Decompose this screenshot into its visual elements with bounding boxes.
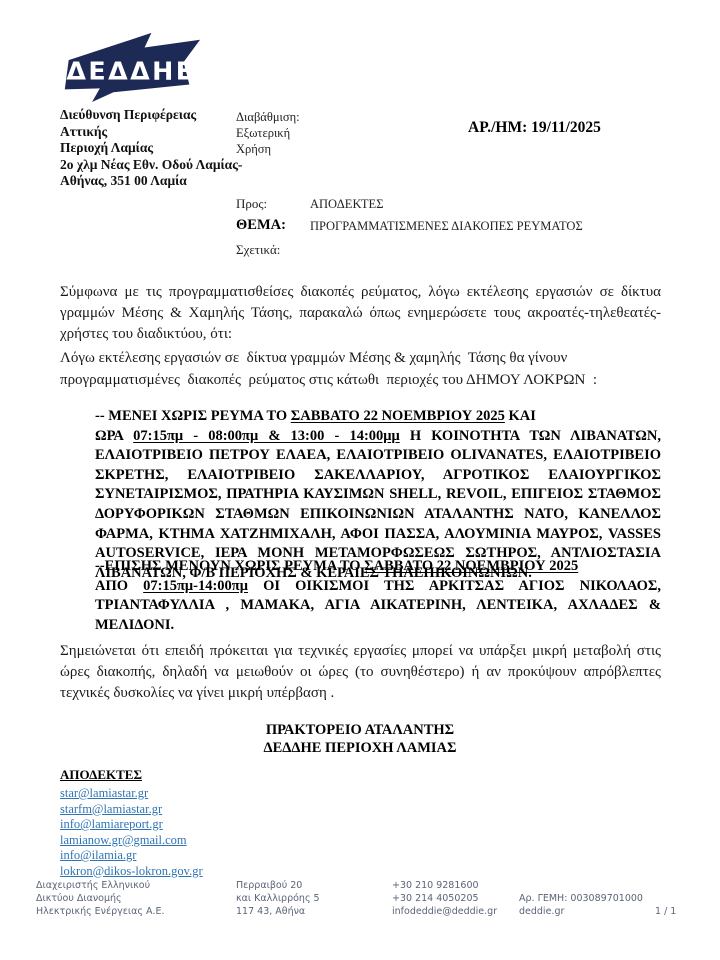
department-address: Διεύθυνση Περιφέρειας Αττικής Περιοχή Λα… xyxy=(60,107,245,190)
signature-block: ΠΡΑΚΤΟΡΕΙΟ ΑΤΑΛΑΝΤΗΣ ΔΕΔΔΗΕ ΠΕΡΙΟΧΗ ΛΑΜΙ… xyxy=(0,722,720,757)
footer-registry-number: Αρ. ΓΕΜΗ: 003089701000 xyxy=(519,892,643,905)
logo-text: ΔΕΔΔΗΕ xyxy=(66,57,195,86)
footer-registry: Αρ. ΓΕΜΗ: 003089701000 deddie.gr xyxy=(519,892,643,918)
related-label: Σχετικά: xyxy=(236,242,280,258)
footer-company-line: Δικτύου Διανομής xyxy=(36,892,165,905)
footer-address-line: 117 43, Αθήνα xyxy=(236,905,320,918)
department-line: Διεύθυνση Περιφέρειας xyxy=(60,107,245,124)
recipient-email-link[interactable]: lokron@dikos-lokron.gov.gr xyxy=(60,864,203,880)
to-label: Προς: xyxy=(236,196,267,212)
outage2-intro: --ΕΠΙΣΗΣ ΜΕΝΟΥΝ ΧΩΡΙΣ ΡΕΥΜΑ ΤΟ xyxy=(95,558,364,574)
recipient-email-link[interactable]: lamianow.gr@gmail.com xyxy=(60,833,203,849)
footer-company-line: Ηλεκτρικής Ενέργειας Α.Ε. xyxy=(36,905,165,918)
outage1-hours: 07:15πμ - 08:00πμ & 13:00 - 14:00μμ xyxy=(133,428,400,444)
department-line: Περιοχή Λαμίας xyxy=(60,140,245,157)
reason-paragraph: Λόγω εκτέλεσης εργασιών σε δίκτυα γραμμώ… xyxy=(60,348,661,391)
recipient-email-link[interactable]: star@lamiastar.gr xyxy=(60,786,203,802)
classification-line: Εξωτερική xyxy=(236,125,356,141)
reason-line: προγραμματισμένες διακοπές ρεύματος στις… xyxy=(60,370,661,392)
recipient-email-link[interactable]: info@lamiareport.gr xyxy=(60,817,203,833)
classification-block: Διαβάθμιση: Εξωτερική Χρήση xyxy=(236,109,356,157)
page-number: 1 / 1 xyxy=(655,905,676,918)
document-page: ΔΕΔΔΗΕ Διεύθυνση Περιφέρειας Αττικής Περ… xyxy=(0,0,720,960)
intro-paragraph: Σύμφωνα με τις προγραμματισθείσες διακοπ… xyxy=(60,282,661,345)
deddie-logo: ΔΕΔΔΗΕ xyxy=(57,27,203,105)
outage1-intro: -- ΜΕΝΕΙ ΧΩΡΙΣ ΡΕΥΜΑ ΤΟ xyxy=(95,408,291,424)
outage1-hours-label: ΩΡΑ xyxy=(95,428,133,444)
signature-region: ΔΕΔΔΗΕ ΠΕΡΙΟΧΗ ΛΑΜΙΑΣ xyxy=(0,740,720,758)
recipients-heading: ΑΠΟΔΕΚΤΕΣ xyxy=(60,767,142,783)
footer-email: infodeddie@deddie.gr xyxy=(392,905,497,918)
signature-agency: ΠΡΑΚΤΟΡΕΙΟ ΑΤΑΛΑΝΤΗΣ xyxy=(0,722,720,740)
footer-address-line: και Καλλιρρόης 5 xyxy=(236,892,320,905)
department-line: Αττικής xyxy=(60,124,245,141)
note-paragraph: Σημειώνεται ότι επειδή πρόκειται για τεχ… xyxy=(60,641,661,704)
outage1-date: ΣΑΒΒΑΤΟ 22 ΝΟΕΜΒΡΙΟΥ 2025 xyxy=(291,408,505,424)
department-line: Αθήνας, 351 00 Λαμία xyxy=(60,173,245,190)
recipient-email-link[interactable]: starfm@lamiastar.gr xyxy=(60,802,203,818)
ref-number: ΑΡ./ΗΜ: 19/11/2025 xyxy=(468,119,601,137)
classification-line: Διαβάθμιση: xyxy=(236,109,356,125)
department-line: 2ο χλμ Νέας Εθν. Οδού Λαμίας- xyxy=(60,157,245,174)
footer-address: Περραιβού 20 και Καλλιρρόης 5 117 43, Αθ… xyxy=(236,879,320,918)
outage2-date: ΣΑΒΒΑΤΟ 22 ΝΟΕΜΒΡΙΟΥ 2025 xyxy=(364,558,578,574)
subject-value: ΠΡΟΓΡΑΜΜΑΤΙΣΜΕΝΕΣ ΔΙΑΚΟΠΕΣ ΡΕΥΜΑΤΟΣ xyxy=(310,219,583,234)
outage1-conj: ΚΑΙ xyxy=(505,408,536,424)
footer-company-line: Διαχειριστής Ελληνικού xyxy=(36,879,165,892)
footer-phone: +30 214 4050205 xyxy=(392,892,497,905)
classification-line: Χρήση xyxy=(236,141,356,157)
footer-phone: +30 210 9281600 xyxy=(392,879,497,892)
footer-contact: +30 210 9281600 +30 214 4050205 infodedd… xyxy=(392,879,497,918)
footer-address-line: Περραιβού 20 xyxy=(236,879,320,892)
outage-notice-2: --ΕΠΙΣΗΣ ΜΕΝΟΥΝ ΧΩΡΙΣ ΡΕΥΜΑ ΤΟ ΣΑΒΒΑΤΟ 2… xyxy=(95,557,661,635)
footer-website: deddie.gr xyxy=(519,905,643,918)
outage2-hours-label: ΑΠΟ xyxy=(95,578,143,594)
footer-company: Διαχειριστής Ελληνικού Δικτύου Διανομής … xyxy=(36,879,165,918)
recipient-email-link[interactable]: info@ilamia.gr xyxy=(60,848,203,864)
to-value: ΑΠΟΔΕΚΤΕΣ xyxy=(310,197,383,212)
subject-label: ΘΕΜΑ: xyxy=(236,217,286,234)
outage2-hours: 07:15πμ-14:00πμ xyxy=(143,578,248,594)
recipients-list: star@lamiastar.gr starfm@lamiastar.gr in… xyxy=(60,786,203,879)
reason-line: Λόγω εκτέλεσης εργασιών σε δίκτυα γραμμώ… xyxy=(60,348,661,370)
